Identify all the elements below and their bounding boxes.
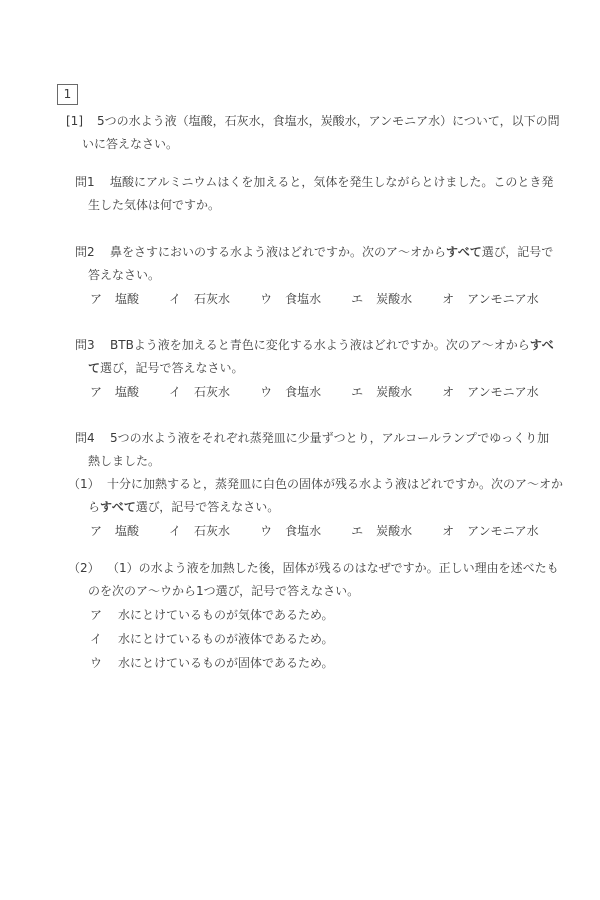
section-number-box: 1 [57, 84, 78, 105]
choice-i-text: 水にとけているものが液体であるため。 [118, 632, 334, 646]
option-o: オアンモニア水 [442, 288, 539, 311]
question-4-sub-1: （1）十分に加熱すると，蒸発皿に白色の固体が残る水よう液はどれですか。次のア～オ… [0, 473, 600, 543]
sub-2-text: （1）の水よう液を加熱した後，固体が残るのはなぜですか。正しい理由を述べたも [107, 561, 559, 575]
intro-label: [1] [66, 110, 97, 133]
option-o-text: アンモニア水 [467, 292, 539, 306]
option-o: オアンモニア水 [442, 520, 539, 543]
question-1-line-1: 問1塩酸にアルミニウムはくを加えると，気体を発生しながらとけました。このとき発 [0, 171, 600, 194]
option-u-text: 食塩水 [285, 385, 321, 399]
exam-content: [1]5つの水よう液（塩酸，石灰水，食塩水，炭酸水，アンモニア水）について，以下… [0, 104, 600, 675]
option-u-text: 食塩水 [285, 292, 321, 306]
sub-2-line-1: （2）（1）の水よう液を加熱した後，固体が残るのはなぜですか。正しい理由を述べた… [0, 557, 600, 580]
sub-1-line-2-emphasis: すべて [100, 500, 136, 514]
question-4-label: 問4 [75, 427, 110, 450]
option-u: ウ食塩水 [260, 381, 321, 404]
option-i: イ石灰水 [169, 381, 230, 404]
option-a-key: ア [90, 288, 102, 311]
option-e-key: エ [351, 381, 363, 404]
option-o-text: アンモニア水 [467, 385, 539, 399]
option-a: ア塩酸 [90, 288, 139, 311]
sub-1-text: 十分に加熱すると，蒸発皿に白色の固体が残る水よう液はどれですか。次のア～オか [107, 477, 563, 491]
question-4-sub-2: （2）（1）の水よう液を加熱した後，固体が残るのはなぜですか。正しい理由を述べた… [0, 557, 600, 675]
question-3-line-2: て選び，記号で答えなさい。 [0, 357, 600, 380]
option-e: エ炭酸水 [351, 520, 412, 543]
question-3-text-emphasis: すべ [530, 338, 554, 352]
question-4-line-2: 熱しました。 [0, 450, 600, 473]
choice-a-key: ア [90, 604, 118, 627]
sub-2-choice-a: ア水にとけているものが気体であるため。 [0, 604, 600, 627]
option-i: イ石灰水 [169, 520, 230, 543]
question-3-line-2-text: 選び，記号で答えなさい。 [100, 361, 244, 375]
exam-page: 1 [1]5つの水よう液（塩酸，石灰水，食塩水，炭酸水，アンモニア水）について，… [0, 0, 600, 900]
option-u-key: ウ [260, 520, 272, 543]
option-e: エ炭酸水 [351, 381, 412, 404]
sub-1-line-2-post: 選び，記号で答えなさい。 [136, 500, 280, 514]
option-i-text: 石灰水 [194, 385, 230, 399]
option-u-key: ウ [260, 381, 272, 404]
option-a-text: 塩酸 [115, 524, 139, 538]
question-3-line-2-emphasis: て [88, 361, 100, 375]
intro-line-1: [1]5つの水よう液（塩酸，石灰水，食塩水，炭酸水，アンモニア水）について，以下… [0, 110, 600, 133]
option-a: ア塩酸 [90, 520, 139, 543]
option-i-text: 石灰水 [194, 292, 230, 306]
option-e-text: 炭酸水 [376, 292, 412, 306]
option-i-key: イ [169, 381, 181, 404]
question-4: 問45つの水よう液をそれぞれ蒸発皿に少量ずつとり，アルコールランプでゆっくり加 … [0, 427, 600, 675]
question-2-options: ア塩酸 イ石灰水 ウ食塩水 エ炭酸水 オアンモニア水 [0, 288, 600, 311]
option-i-text: 石灰水 [194, 524, 230, 538]
option-a-key: ア [90, 381, 102, 404]
intro-text: 5つの水よう液（塩酸，石灰水，食塩水，炭酸水，アンモニア水）について，以下の問 [97, 114, 560, 128]
question-4-text: 5つの水よう液をそれぞれ蒸発皿に少量ずつとり，アルコールランプでゆっくり加 [110, 431, 549, 445]
choice-u-text: 水にとけているものが固体であるため。 [118, 656, 334, 670]
question-2-line-1: 問2鼻をさすにおいのする水よう液はどれですか。次のア～オからすべて選び，記号で [0, 241, 600, 264]
sub-1-line-2: らすべて選び，記号で答えなさい。 [0, 496, 600, 519]
choice-u-key: ウ [90, 652, 118, 675]
option-a-text: 塩酸 [115, 385, 139, 399]
question-3-options: ア塩酸 イ石灰水 ウ食塩水 エ炭酸水 オアンモニア水 [0, 381, 600, 404]
option-i: イ石灰水 [169, 288, 230, 311]
question-2-line-2: 答えなさい。 [0, 264, 600, 287]
sub-1-line-2-pre: ら [88, 500, 100, 514]
option-o-text: アンモニア水 [467, 524, 539, 538]
question-3-label: 問3 [75, 334, 110, 357]
sub-2-choice-u: ウ水にとけているものが固体であるため。 [0, 652, 600, 675]
option-a: ア塩酸 [90, 381, 139, 404]
question-1-label: 問1 [75, 171, 110, 194]
question-3-line-1: 問3BTBよう液を加えると青色に変化する水よう液はどれですか。次のア～オからすべ [0, 334, 600, 357]
question-1-line-2: 生した気体は何ですか。 [0, 194, 600, 217]
section-number: 1 [64, 87, 72, 101]
question-3: 問3BTBよう液を加えると青色に変化する水よう液はどれですか。次のア～オからすべ… [0, 334, 600, 404]
question-4-line-1: 問45つの水よう液をそれぞれ蒸発皿に少量ずつとり，アルコールランプでゆっくり加 [0, 427, 600, 450]
sub-2-choice-i: イ水にとけているものが液体であるため。 [0, 628, 600, 651]
question-1: 問1塩酸にアルミニウムはくを加えると，気体を発生しながらとけました。このとき発 … [0, 171, 600, 217]
option-e-key: エ [351, 520, 363, 543]
problem-intro: [1]5つの水よう液（塩酸，石灰水，食塩水，炭酸水，アンモニア水）について，以下… [0, 110, 600, 156]
sub-1-options: ア塩酸 イ石灰水 ウ食塩水 エ炭酸水 オアンモニア水 [0, 520, 600, 543]
option-o: オアンモニア水 [442, 381, 539, 404]
option-e-text: 炭酸水 [376, 385, 412, 399]
sub-1-line-1: （1）十分に加熱すると，蒸発皿に白色の固体が残る水よう液はどれですか。次のア～オ… [0, 473, 600, 496]
question-3-text-pre: BTBよう液を加えると青色に変化する水よう液はどれですか。次のア～オから [110, 338, 530, 352]
option-a-key: ア [90, 520, 102, 543]
sub-2-line-2: のを次のア～ウから1つ選び，記号で答えなさい。 [0, 580, 600, 603]
sub-2-label: （2） [68, 557, 107, 580]
choice-a-text: 水にとけているものが気体であるため。 [118, 608, 334, 622]
option-o-key: オ [442, 381, 454, 404]
question-2-text-post: 選び，記号で [482, 245, 554, 259]
option-u-text: 食塩水 [285, 524, 321, 538]
option-e-key: エ [351, 288, 363, 311]
option-i-key: イ [169, 288, 181, 311]
option-o-key: オ [442, 520, 454, 543]
option-e: エ炭酸水 [351, 288, 412, 311]
option-i-key: イ [169, 520, 181, 543]
choice-i-key: イ [90, 628, 118, 651]
sub-1-label: （1） [68, 473, 107, 496]
option-u: ウ食塩水 [260, 520, 321, 543]
question-2-text-emphasis: すべて [446, 245, 482, 259]
option-u: ウ食塩水 [260, 288, 321, 311]
question-2-text-pre: 鼻をさすにおいのする水よう液はどれですか。次のア～オから [110, 245, 446, 259]
question-2-label: 問2 [75, 241, 110, 264]
question-1-text: 塩酸にアルミニウムはくを加えると，気体を発生しながらとけました。このとき発 [110, 175, 553, 189]
option-e-text: 炭酸水 [376, 524, 412, 538]
option-a-text: 塩酸 [115, 292, 139, 306]
option-u-key: ウ [260, 288, 272, 311]
intro-line-2: いに答えなさい。 [0, 133, 600, 156]
question-2: 問2鼻をさすにおいのする水よう液はどれですか。次のア～オからすべて選び，記号で … [0, 241, 600, 311]
option-o-key: オ [442, 288, 454, 311]
